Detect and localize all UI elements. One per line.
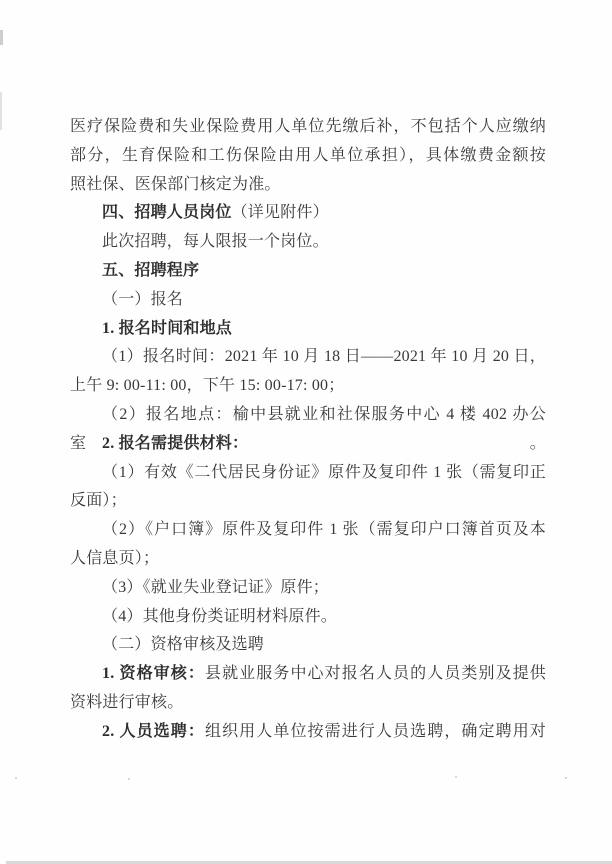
document-line: （1）报名时间：2021 年 10 月 18 日——2021 年 10 月 20… <box>70 343 546 372</box>
document-line: 1. 资格审核：县就业服务中心对报名人员的人员类别及提供 <box>70 660 546 689</box>
document-line: （一）报名 <box>70 286 546 315</box>
scan-speck <box>565 777 567 779</box>
document-line: （二）资格审核及选聘 <box>70 631 546 660</box>
body-text: （二）资格审核及选聘 <box>102 636 264 653</box>
body-text: 反面）； <box>70 492 127 509</box>
document-line: （2）报名地点：榆中县就业和社保服务中心 4 楼 402 办公室。 <box>70 401 546 430</box>
document-line: （3）《就业失业登记证》原件； <box>70 574 546 603</box>
heading-text: 五、招聘程序 <box>102 262 199 279</box>
body-text: 组织用人单位按需进行人员选聘，确定聘用对 <box>205 723 546 740</box>
document-line: 此次招聘，每人限报一个岗位。 <box>70 228 546 257</box>
body-text: 县就业服务中心对报名人员的人员类别及提供 <box>205 665 546 682</box>
document-line: 医疗保险费和失业保险费用人单位先缴后补，不包括个人应缴纳 <box>70 113 546 142</box>
document-line: 四、招聘人员岗位（详见附件） <box>70 199 546 228</box>
body-text: （4）其他身份类证明材料原件。 <box>102 608 337 625</box>
body-text: （2）《户口簿》原件及复印件 1 张（需复印户口簿首页及本 <box>102 521 546 538</box>
heading-text: 2. 报名需提供材料： <box>102 435 248 452</box>
document-line: 1. 报名时间和地点 <box>70 315 546 344</box>
body-text: （1）有效《二代居民身份证》原件及复印件 1 张（需复印正 <box>102 464 546 481</box>
body-text: （一）报名 <box>102 291 183 308</box>
body-text: （1）报名时间：2021 年 10 月 18 日——2021 年 10 月 20… <box>102 348 546 365</box>
document-line: 五、招聘程序 <box>70 257 546 286</box>
document-line: 资料进行审核。 <box>70 689 546 718</box>
body-text: （详见附件） <box>232 204 329 221</box>
scan-speck <box>15 777 17 779</box>
document-text-block: 医疗保险费和失业保险费用人单位先缴后补，不包括个人应缴纳部分，生育保险和工伤保险… <box>70 113 546 747</box>
document-line: （2）《户口簿》原件及复印件 1 张（需复印户口簿首页及本 <box>70 516 546 545</box>
heading-text: 四、招聘人员岗位 <box>102 204 232 221</box>
document-line: 照社保、医保部门核定为准。 <box>70 171 546 200</box>
document-line: 反面）； <box>70 487 546 516</box>
heading-text: 2. 人员选聘： <box>102 723 205 740</box>
body-text: 医疗保险费和失业保险费用人单位先缴后补，不包括个人应缴纳 <box>70 118 546 135</box>
scan-speck <box>128 778 130 780</box>
document-line: 部分，生育保险和工伤保险由用人单位承担），具体缴费金额按 <box>70 142 546 171</box>
document-line: （4）其他身份类证明材料原件。 <box>70 603 546 632</box>
document-line: （1）有效《二代居民身份证》原件及复印件 1 张（需复印正 <box>70 459 546 488</box>
document-line: 人信息页）； <box>70 545 546 574</box>
document-line: 2. 人员选聘：组织用人单位按需进行人员选聘，确定聘用对 <box>70 718 546 747</box>
body-text: （3）《就业失业登记证》原件； <box>102 579 329 596</box>
body-text: 人信息页）； <box>70 550 159 567</box>
heading-text: 1. 资格审核： <box>102 665 205 682</box>
body-text: 部分，生育保险和工伤保险由用人单位承担），具体缴费金额按 <box>70 147 546 164</box>
scan-speck <box>455 776 457 778</box>
document-page: 医疗保险费和失业保险费用人单位先缴后补，不包括个人应缴纳部分，生育保险和工伤保险… <box>0 0 612 864</box>
body-text: 上午 9: 00-11: 00，下午 15: 00-17: 00； <box>70 377 344 394</box>
body-text: 资料进行审核。 <box>70 694 183 711</box>
body-text: 此次招聘，每人限报一个岗位。 <box>102 233 329 250</box>
scan-artifact-left-top <box>0 30 3 45</box>
heading-text: 1. 报名时间和地点 <box>102 320 232 337</box>
body-text: 照社保、医保部门核定为准。 <box>70 176 281 193</box>
document-line: 上午 9: 00-11: 00，下午 15: 00-17: 00； <box>70 372 546 401</box>
scan-artifact-left-mid <box>0 92 2 130</box>
